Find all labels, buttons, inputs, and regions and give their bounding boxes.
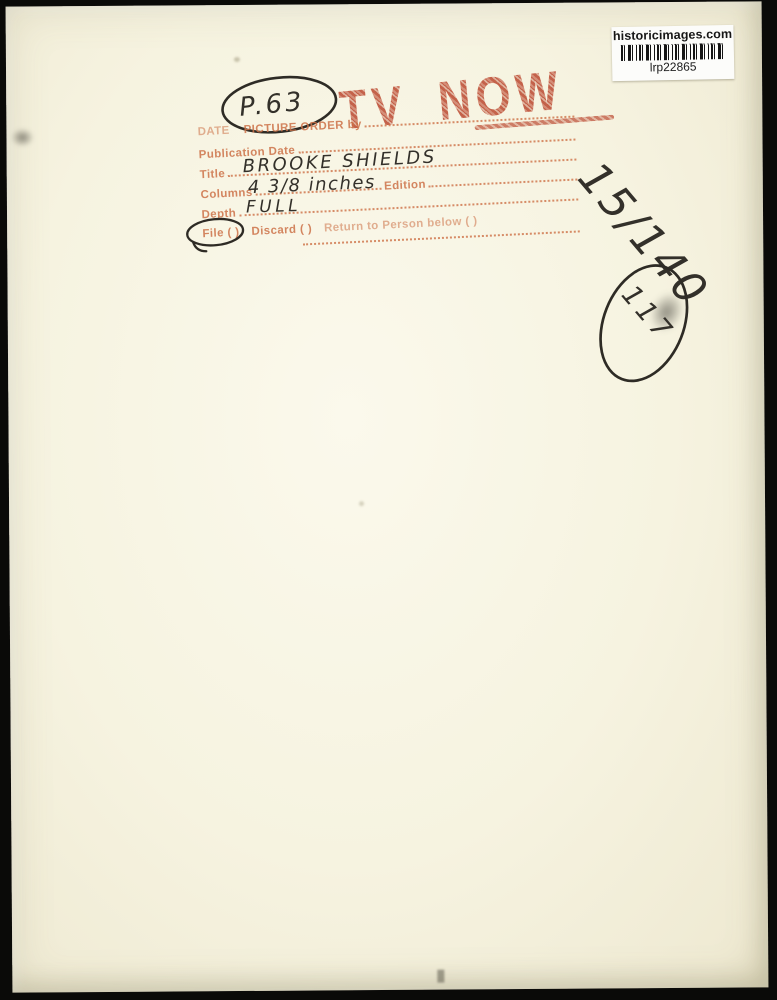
bottom-mark — [437, 970, 444, 983]
barcode-icon — [621, 43, 725, 61]
form-label-title: Title — [199, 168, 225, 181]
dotted-leader — [429, 178, 577, 187]
paper-speck — [359, 501, 364, 506]
form-label-return: Return to Person below ( ) — [324, 215, 478, 234]
form-label-discard: Discard ( ) — [251, 223, 312, 238]
label-site-text: historicimages.com — [611, 28, 733, 43]
handwritten-page-number: P.63 — [238, 87, 306, 123]
inventory-label: historicimages.com lrp22865 — [611, 25, 734, 81]
handwritten-depth: FULL — [246, 196, 302, 217]
paper-speck — [234, 57, 240, 62]
dotted-leader — [365, 116, 575, 128]
form-label-edition: Edition — [384, 179, 426, 193]
photo-back-paper: historicimages.com lrp22865 P.63 TV NOW … — [6, 1, 769, 992]
pen-circle-file — [183, 216, 249, 260]
label-code-text: lrp22865 — [612, 60, 734, 75]
form-label-date: DATE — [197, 125, 230, 138]
edge-smudge — [6, 124, 38, 150]
